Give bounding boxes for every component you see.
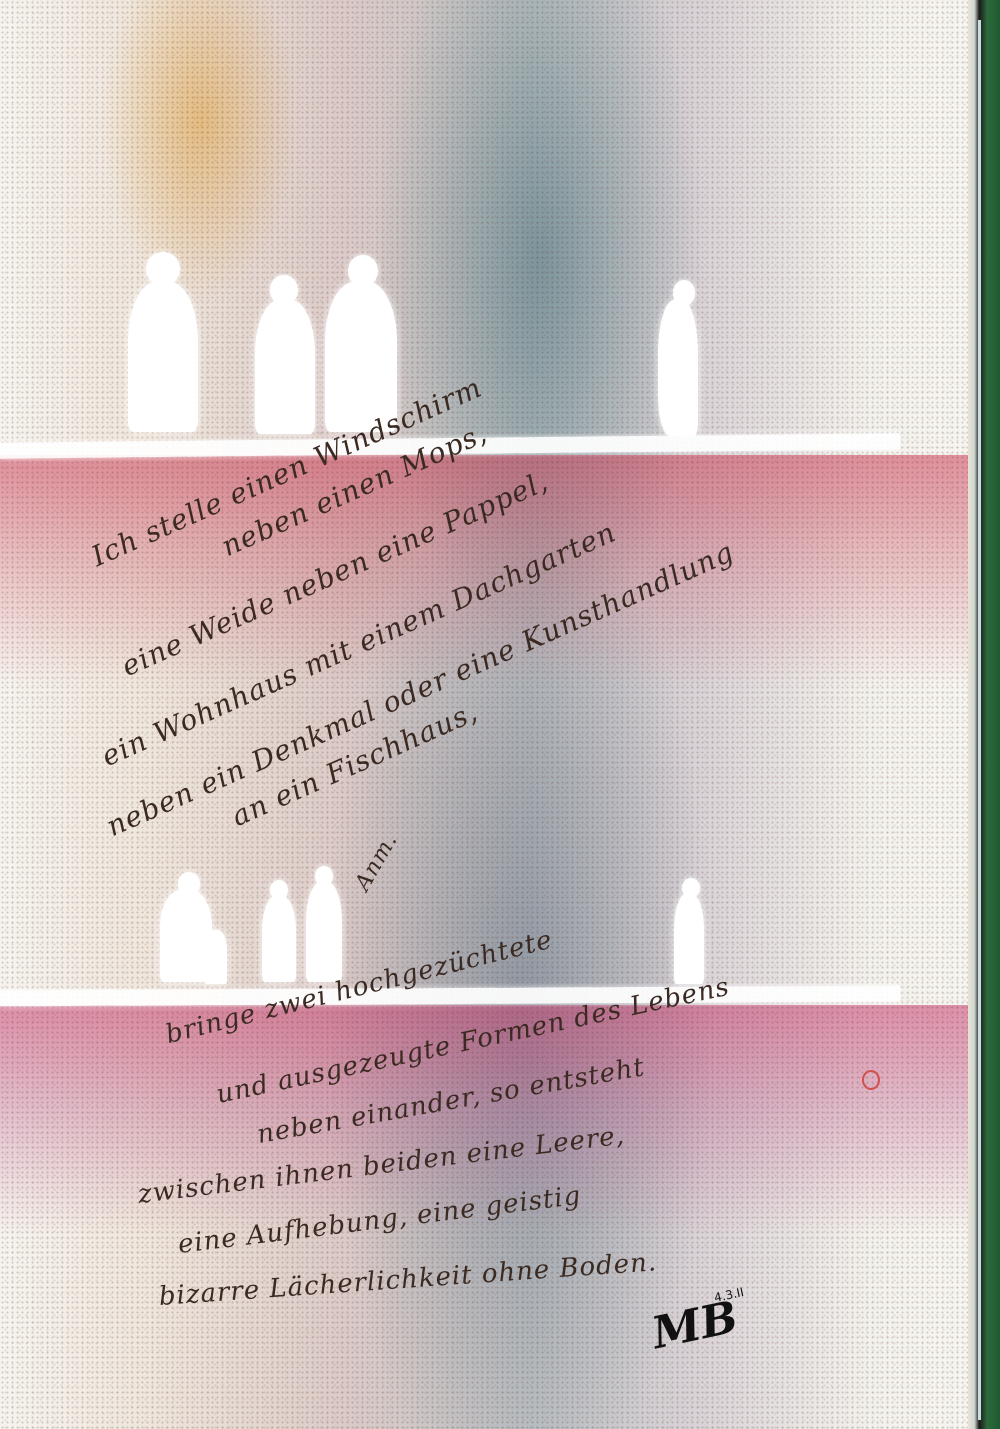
human-silhouette bbox=[128, 282, 198, 432]
human-silhouette bbox=[262, 896, 296, 982]
human-silhouette bbox=[658, 300, 698, 436]
human-silhouette bbox=[255, 300, 315, 434]
human-silhouette bbox=[306, 882, 342, 982]
red-circle-mark bbox=[862, 1070, 880, 1090]
book-page-edge bbox=[968, 0, 1000, 1429]
human-silhouette bbox=[674, 894, 704, 984]
figure-head bbox=[146, 252, 180, 286]
sketchbook-page: Ich stelle einen Windschirm neben einen … bbox=[0, 0, 968, 1429]
page-edge-highlight bbox=[978, 20, 981, 1420]
child-silhouette bbox=[205, 930, 227, 984]
